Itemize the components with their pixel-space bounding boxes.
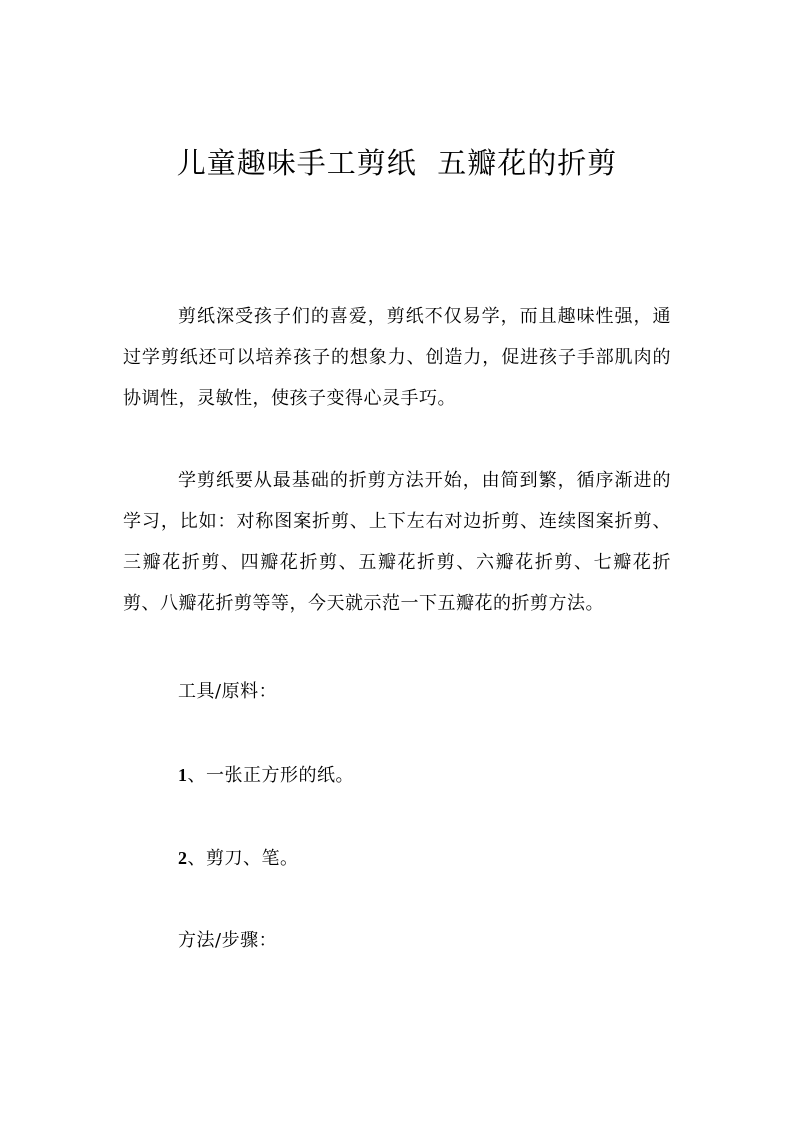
- method-overview-paragraph: 学剪纸要从最基础的折剪方法开始，由简到繁，循序渐进的学习，比如：对称图案折剪、上…: [123, 460, 671, 624]
- document-title: 儿童趣味手工剪纸 五瓣花的折剪: [0, 141, 794, 185]
- tool-item-text: 、剪刀、笔。: [188, 848, 299, 869]
- document-page: 儿童趣味手工剪纸 五瓣花的折剪 剪纸深受孩子们的喜爱，剪纸不仅易学，而且趣味性强…: [0, 0, 794, 1123]
- tools-heading: 工具/原料：: [178, 680, 277, 704]
- tool-item-number: 2: [178, 848, 188, 868]
- intro-paragraph: 剪纸深受孩子们的喜爱，剪纸不仅易学，而且趣味性强，通过学剪纸还可以培养孩子的想象…: [123, 296, 671, 419]
- steps-heading: 方法/步骤：: [178, 929, 277, 953]
- tool-item-number: 1: [178, 765, 188, 785]
- tool-item-1: 1、一张正方形的纸。: [178, 763, 354, 788]
- tool-item-2: 2、剪刀、笔。: [178, 846, 299, 871]
- tool-item-text: 、一张正方形的纸。: [188, 765, 355, 786]
